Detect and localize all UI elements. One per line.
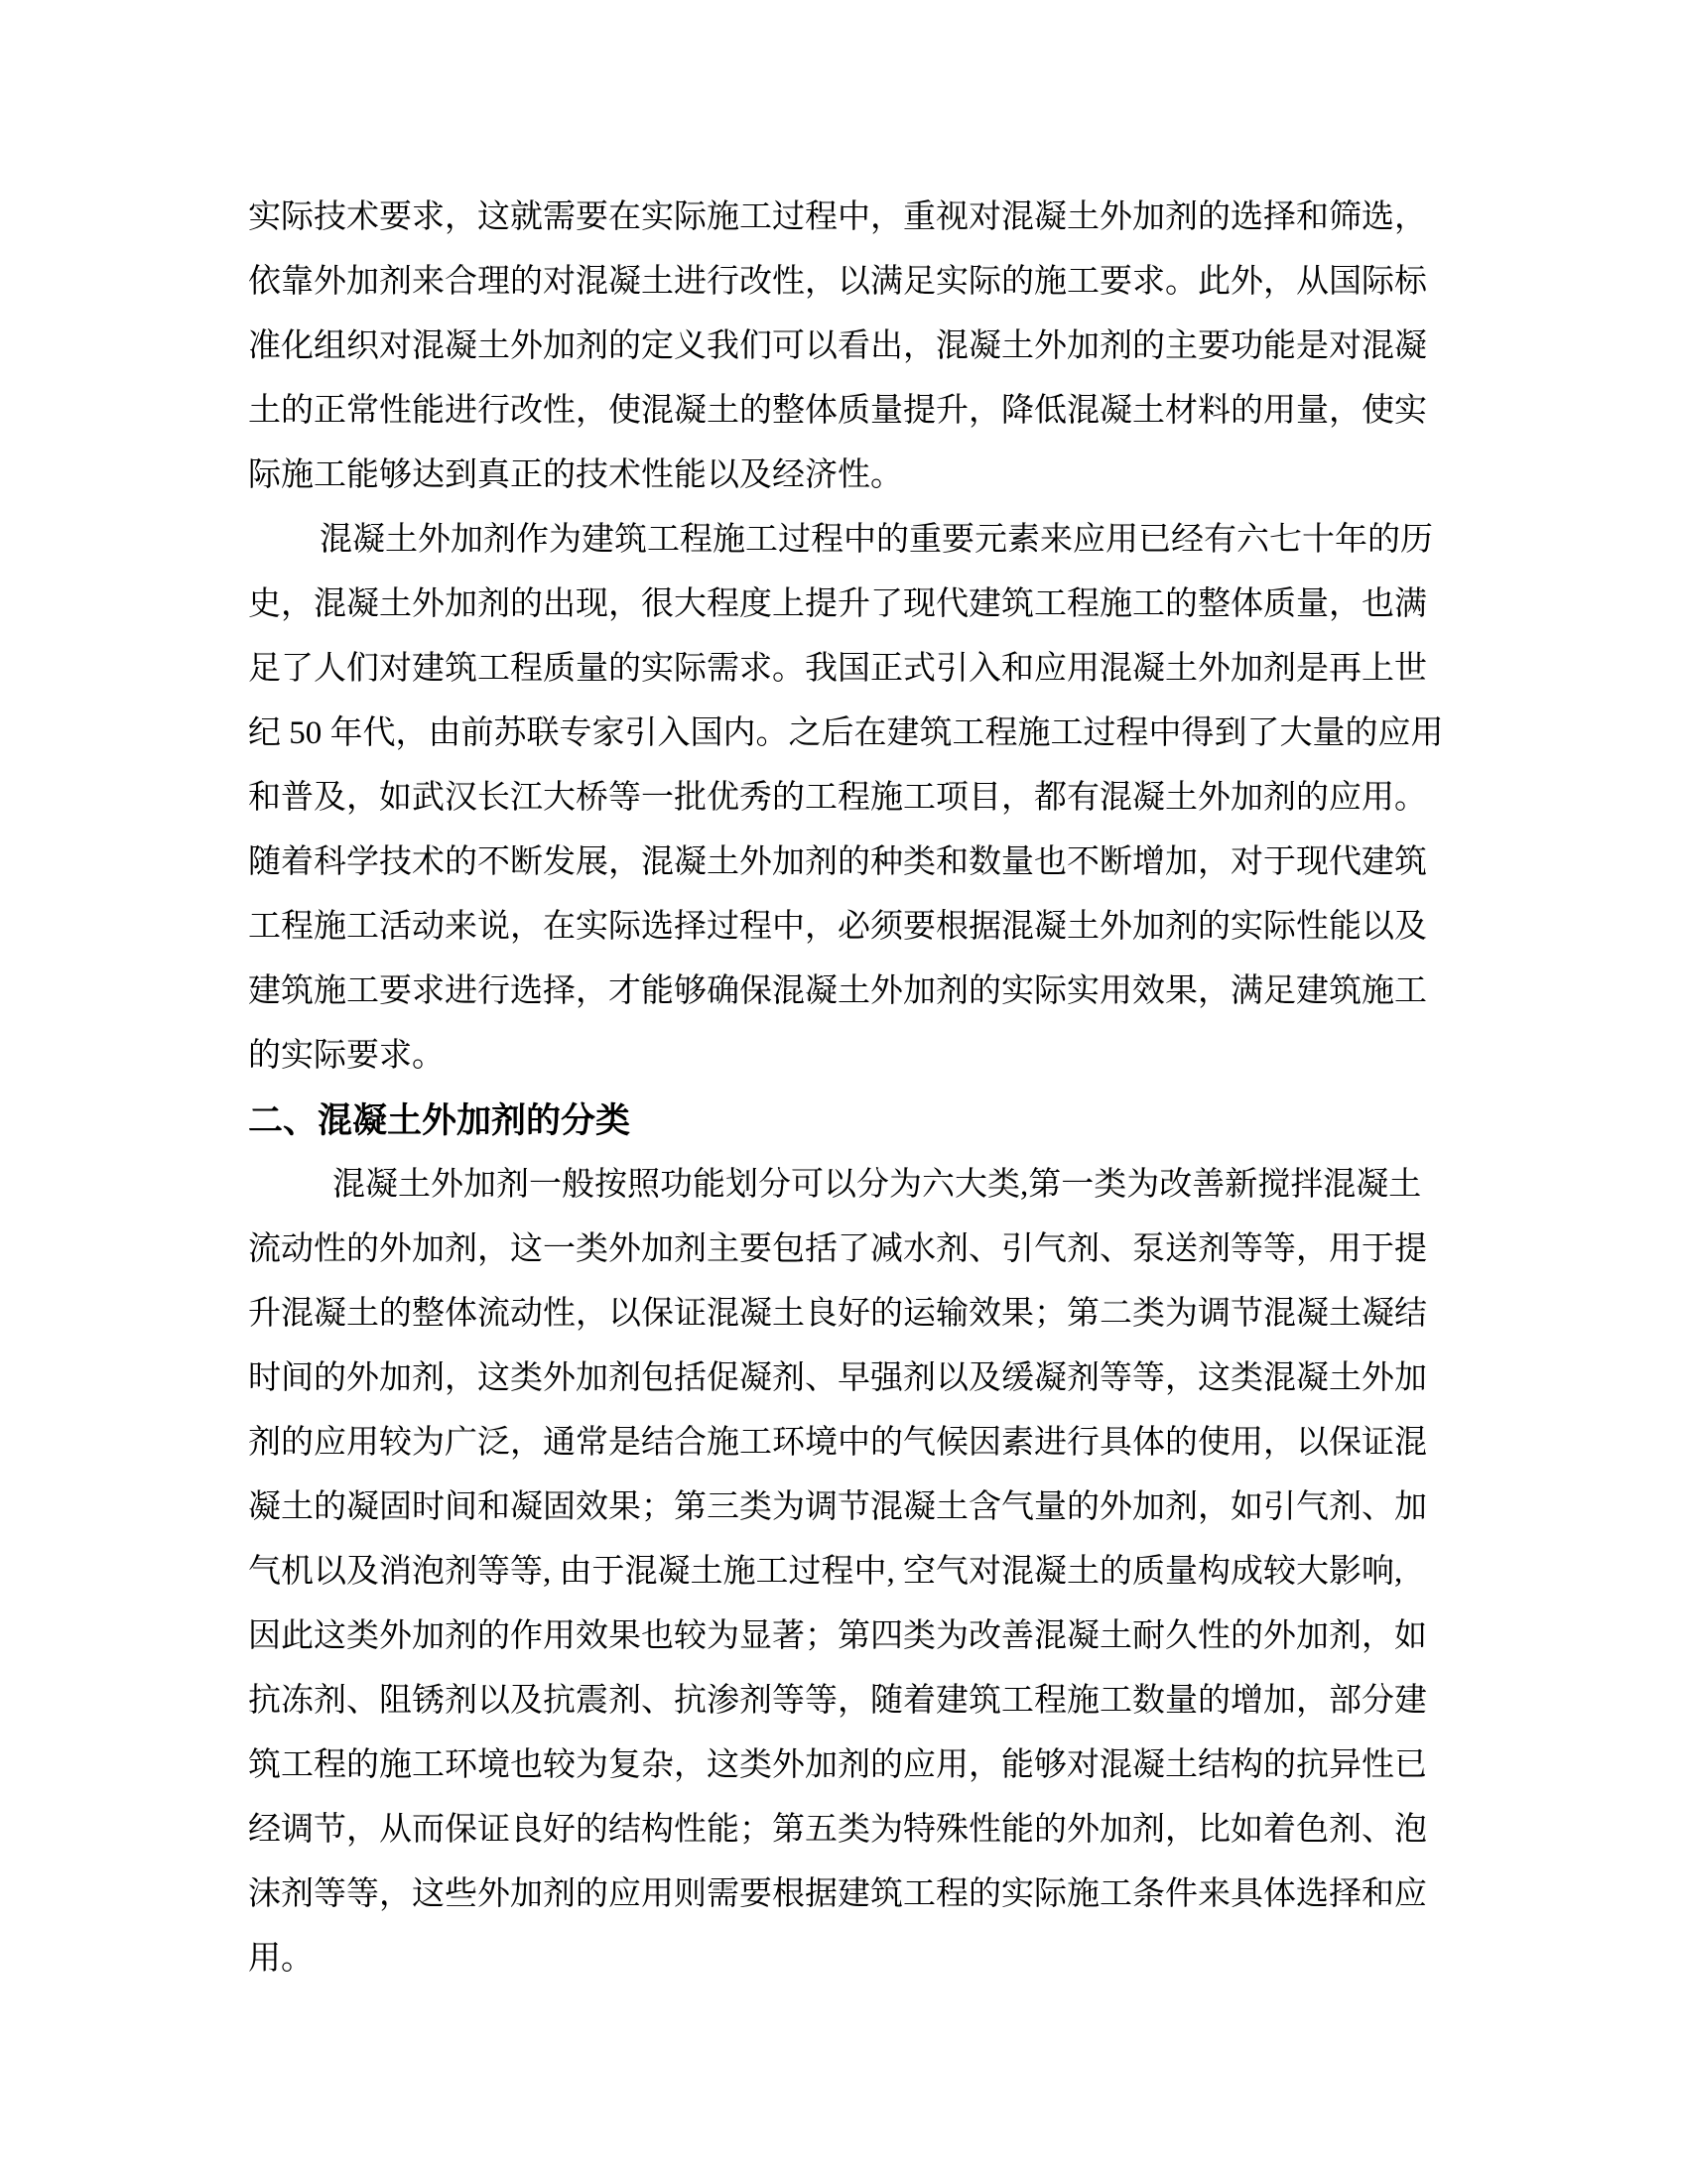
text-line: 准化组织对混凝土外加剂的定义我们可以看出，混凝土外加剂的主要功能是对混凝 [248,315,1434,379]
text-line: 混凝土外加剂作为建筑工程施工过程中的重要元素来应用已经有六七十年的历 [248,508,1434,573]
text-line: 时间的外加剂，这类外加剂包括促凝剂、早强剂以及缓凝剂等等，这类混凝土外加 [248,1347,1434,1411]
text-line: 升混凝土的整体流动性，以保证混凝土良好的运输效果；第二类为调节混凝土凝结 [248,1282,1434,1347]
text-line: 筑工程的施工环境也较为复杂，这类外加剂的应用，能够对混凝土结构的抗异性已 [248,1734,1434,1798]
paragraph: 混凝土外加剂一般按照功能划分可以分为六大类,第一类为改善新搅拌混凝土流动性的外加… [248,1153,1434,1991]
text-line: 混凝土外加剂一般按照功能划分可以分为六大类,第一类为改善新搅拌混凝土 [248,1153,1434,1218]
heading-line: 二、混凝土外加剂的分类 [248,1089,1434,1153]
text-line: 随着科学技术的不断发展，混凝土外加剂的种类和数量也不断增加，对于现代建筑 [248,831,1434,895]
text-line: 用。 [248,1927,1434,1991]
section-heading: 二、混凝土外加剂的分类 [248,1089,1434,1153]
text-line: 和普及，如武汉长江大桥等一批优秀的工程施工项目，都有混凝土外加剂的应用。 [248,766,1434,831]
text-line: 史，混凝土外加剂的出现，很大程度上提升了现代建筑工程施工的整体质量，也满 [248,573,1434,637]
text-line: 剂的应用较为广泛，通常是结合施工环境中的气候因素进行具体的使用，以保证混 [248,1411,1434,1476]
text-line: 实际技术要求，这就需要在实际施工过程中，重视对混凝土外加剂的选择和筛选， [248,186,1434,250]
text-line: 纪 50 年代，由前苏联专家引入国内。之后在建筑工程施工过程中得到了大量的应用 [248,702,1434,766]
text-line: 工程施工活动来说，在实际选择过程中，必须要根据混凝土外加剂的实际性能以及 [248,895,1434,960]
text-line: 因此这类外加剂的作用效果也较为显著；第四类为改善混凝土耐久性的外加剂，如 [248,1605,1434,1669]
text-body: 实际技术要求，这就需要在实际施工过程中，重视对混凝土外加剂的选择和筛选，依靠外加… [248,186,1434,1991]
paragraph: 实际技术要求，这就需要在实际施工过程中，重视对混凝土外加剂的选择和筛选，依靠外加… [248,186,1434,508]
text-line: 土的正常性能进行改性，使混凝土的整体质量提升，降低混凝土材料的用量，使实 [248,379,1434,444]
paragraph: 混凝土外加剂作为建筑工程施工过程中的重要元素来应用已经有六七十年的历史，混凝土外… [248,508,1434,1089]
text-line: 流动性的外加剂，这一类外加剂主要包括了减水剂、引气剂、泵送剂等等，用于提 [248,1218,1434,1282]
document-page: 实际技术要求，这就需要在实际施工过程中，重视对混凝土外加剂的选择和筛选，依靠外加… [0,0,1688,2184]
text-line: 抗冻剂、阻锈剂以及抗震剂、抗渗剂等等，随着建筑工程施工数量的增加，部分建 [248,1669,1434,1734]
text-line: 凝土的凝固时间和凝固效果；第三类为调节混凝土含气量的外加剂，如引气剂、加 [248,1476,1434,1540]
text-line: 际施工能够达到真正的技术性能以及经济性。 [248,444,1434,508]
text-line: 依靠外加剂来合理的对混凝土进行改性，以满足实际的施工要求。此外，从国际标 [248,250,1434,315]
text-line: 经调节，从而保证良好的结构性能；第五类为特殊性能的外加剂，比如着色剂、泡 [248,1798,1434,1863]
text-line: 气机以及消泡剂等等, 由于混凝土施工过程中, 空气对混凝土的质量构成较大影响, [248,1540,1434,1605]
text-line: 的实际要求。 [248,1024,1434,1089]
text-line: 建筑施工要求进行选择，才能够确保混凝土外加剂的实际实用效果，满足建筑施工 [248,960,1434,1024]
text-line: 足了人们对建筑工程质量的实际需求。我国正式引入和应用混凝土外加剂是再上世 [248,637,1434,702]
text-line: 沫剂等等，这些外加剂的应用则需要根据建筑工程的实际施工条件来具体选择和应 [248,1863,1434,1927]
